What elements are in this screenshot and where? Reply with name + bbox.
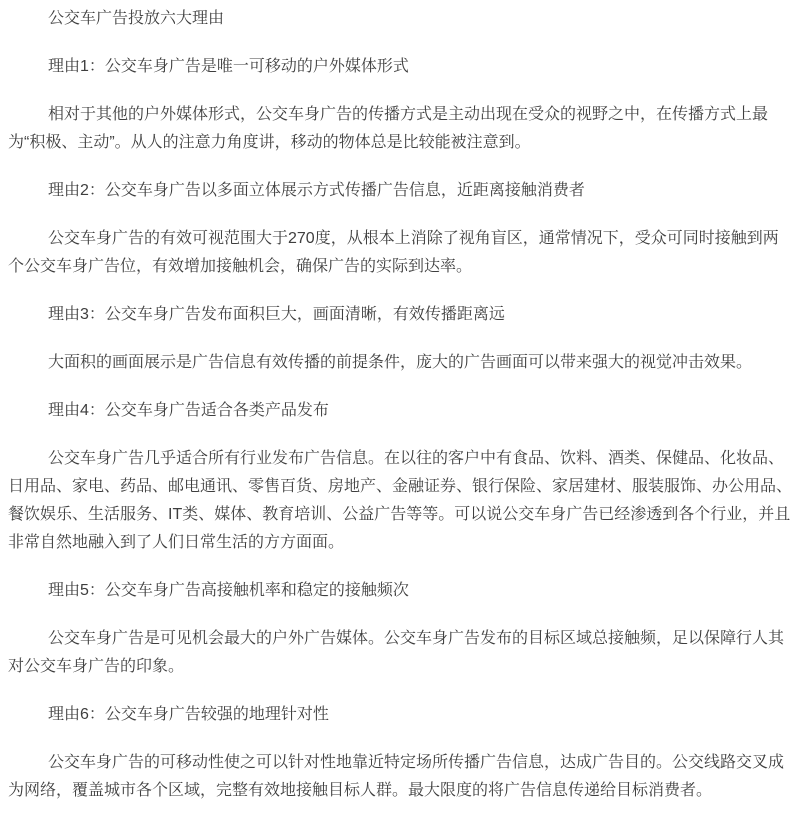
reason-5-heading: 理由5：公交车身广告高接触机率和稳定的接触频次 [8,577,792,605]
reason-3-heading: 理由3：公交车身广告发布面积巨大，画面清晰，有效传播距离远 [8,301,792,329]
reason-2-heading: 理由2：公交车身广告以多面立体展示方式传播广告信息，近距离接触消费者 [8,177,792,205]
reason-4-heading: 理由4：公交车身广告适合各类产品发布 [8,397,792,425]
reason-6-heading: 理由6：公交车身广告较强的地理针对性 [8,701,792,729]
reason-3-body: 大面积的画面展示是广告信息有效传播的前提条件，庞大的广告画面可以带来强大的视觉冲… [8,349,792,377]
reason-6-body: 公交车身广告的可移动性使之可以针对性地靠近特定场所传播广告信息，达成广告目的。公… [8,749,792,805]
reason-1-body: 相对于其他的户外媒体形式，公交车身广告的传播方式是主动出现在受众的视野之中，在传… [8,101,792,157]
reason-5-body: 公交车身广告是可见机会最大的户外广告媒体。公交车身广告发布的目标区域总接触频，足… [8,625,792,681]
article-content: 公交车广告投放六大理由 理由1：公交车身广告是唯一可移动的户外媒体形式 相对于其… [0,0,804,816]
reason-2-body: 公交车身广告的有效可视范围大于270度，从根本上消除了视角盲区，通常情况下，受众… [8,225,792,281]
reason-4-body: 公交车身广告几乎适合所有行业发布广告信息。在以往的客户中有食品、饮料、酒类、保健… [8,445,792,557]
reason-1-heading: 理由1：公交车身广告是唯一可移动的户外媒体形式 [8,53,792,81]
doc-title: 公交车广告投放六大理由 [8,5,792,33]
